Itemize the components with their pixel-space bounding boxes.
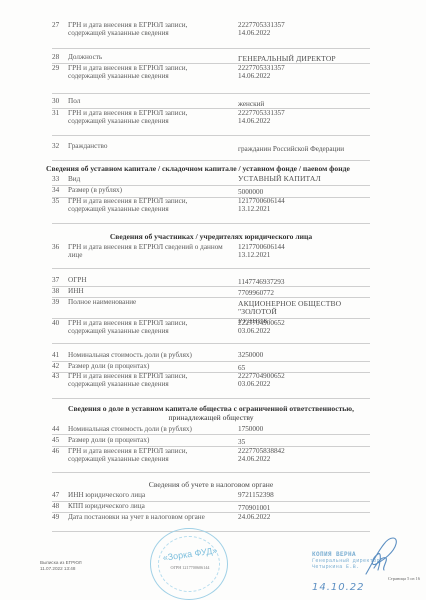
row-number: 48 <box>52 502 66 510</box>
row-label: ОГРН <box>68 276 226 284</box>
handwritten-date: 14.10.22 <box>312 582 365 593</box>
row-label: Вид <box>68 175 226 183</box>
separator <box>52 268 370 269</box>
row-label: Размер доли (в процентах) <box>68 362 226 370</box>
row-number: 37 <box>52 276 66 284</box>
row-value: 5000000 <box>238 188 378 196</box>
seal-ogrn: ОГРН 1217700606144 <box>151 565 229 570</box>
row-label: ГРН и дата внесения в ЕГРЮЛ записи, соде… <box>68 372 226 389</box>
row-label: Гражданство <box>68 142 226 150</box>
page-number: Страница 5 из 16 <box>388 576 420 581</box>
row-value: 3250000 <box>238 351 378 359</box>
separator <box>52 434 370 435</box>
signature-icon <box>362 534 402 578</box>
row-value: гражданин Российской Федерации <box>238 145 378 153</box>
row-label: Должность <box>68 53 226 61</box>
row-label: Номинальная стоимость доли (в рублях) <box>68 351 226 359</box>
row-number: 32 <box>52 142 66 150</box>
row-value: 121770060614413.12.2021 <box>238 243 378 260</box>
row-number: 30 <box>52 97 66 105</box>
row-number: 31 <box>52 109 66 117</box>
row-number: 43 <box>52 372 66 380</box>
row-label: Дата постановки на учет в налоговом орга… <box>68 513 226 521</box>
row-label: ГРН и дата внесения в ЕГРЮЛ записи, соде… <box>68 319 226 336</box>
row-number: 49 <box>52 513 66 521</box>
row-number: 40 <box>52 319 66 327</box>
row-label: ГРН и дата внесения в ЕГРЮЛ записи, соде… <box>68 109 226 126</box>
row-value: 222770490065203.06.2022 <box>238 372 378 389</box>
row-number: 45 <box>52 436 66 444</box>
row-value: 9721152398 <box>238 491 378 499</box>
row-number: 42 <box>52 362 66 370</box>
row-number: 46 <box>52 447 66 455</box>
row-value: 222770533135714.06.2022 <box>238 109 378 126</box>
separator <box>52 48 370 49</box>
row-value: 121770060614413.12.2021 <box>238 197 378 214</box>
section-heading-tax: Сведения об учете в налоговом органе <box>46 480 376 489</box>
row-number: 28 <box>52 53 66 61</box>
row-label: Номинальная стоимость доли (в рублях) <box>68 425 226 433</box>
row-number: 35 <box>52 197 66 205</box>
row-number: 33 <box>52 175 66 183</box>
separator <box>52 135 370 136</box>
section-heading-company-share: Сведения о доле в уставном капитале обще… <box>46 404 376 422</box>
row-number: 44 <box>52 425 66 433</box>
row-number: 38 <box>52 287 66 295</box>
egrul-extract-page: 27 ГРН и дата внесения в ЕГРЮЛ записи, с… <box>0 0 426 600</box>
row-value: 1750000 <box>238 425 378 433</box>
extract-timestamp: Выписка из ЕГРЮЛ 11.07.2022 13:48 <box>40 560 82 571</box>
row-label: ГРН и дата внесения в ЕГРЮЛ сведений о д… <box>68 243 226 260</box>
row-label: ГРН и дата внесения в ЕГРЮЛ записи, соде… <box>68 21 226 38</box>
row-value: 24.06.2022 <box>238 513 378 521</box>
row-value: 222770533135714.06.2022 <box>238 21 378 38</box>
row-label: Размер (в рублях) <box>68 186 226 194</box>
separator <box>52 93 370 94</box>
seal-inner-ring <box>158 536 220 592</box>
separator <box>52 343 370 344</box>
section-heading-charter-capital: Сведения об уставном капитале / складочн… <box>46 164 376 173</box>
row-label: Пол <box>68 97 226 105</box>
separator <box>52 531 370 532</box>
separator <box>52 160 370 161</box>
row-label: ГРН и дата внесения в ЕГРЮЛ записи, соде… <box>68 197 226 214</box>
row-label: Размер доли (в процентах) <box>68 436 226 444</box>
row-value: 222770583884224.06.2022 <box>238 447 378 464</box>
row-number: 36 <box>52 243 66 251</box>
row-label: ГРН и дата внесения в ЕГРЮЛ записи, соде… <box>68 447 226 464</box>
row-value: УСТАВНЫЙ КАПИТАЛ <box>238 175 378 183</box>
row-number: 47 <box>52 491 66 499</box>
row-label: ИНН <box>68 287 226 295</box>
row-value: 222770490065203.06.2022 <box>238 319 378 336</box>
row-value: 222770533135714.06.2022 <box>238 64 378 81</box>
row-number: 27 <box>52 21 66 29</box>
row-number: 34 <box>52 186 66 194</box>
section-heading-participants: Сведения об участниках / учредителях юри… <box>46 232 376 241</box>
separator <box>52 398 370 399</box>
row-label: ИНН юридического лица <box>68 491 226 499</box>
row-label: КПП юридического лица <box>68 502 226 510</box>
separator <box>52 472 370 473</box>
row-number: 29 <box>52 64 66 72</box>
company-seal-stamp: «Зорка ФУД» ОГРН 1217700606144 <box>150 528 228 600</box>
row-number: 39 <box>52 298 66 306</box>
separator <box>52 223 370 224</box>
row-number: 41 <box>52 351 66 359</box>
row-label: ГРН и дата внесения в ЕГРЮЛ записи, соде… <box>68 64 226 81</box>
row-label: Полное наименование <box>68 298 226 306</box>
